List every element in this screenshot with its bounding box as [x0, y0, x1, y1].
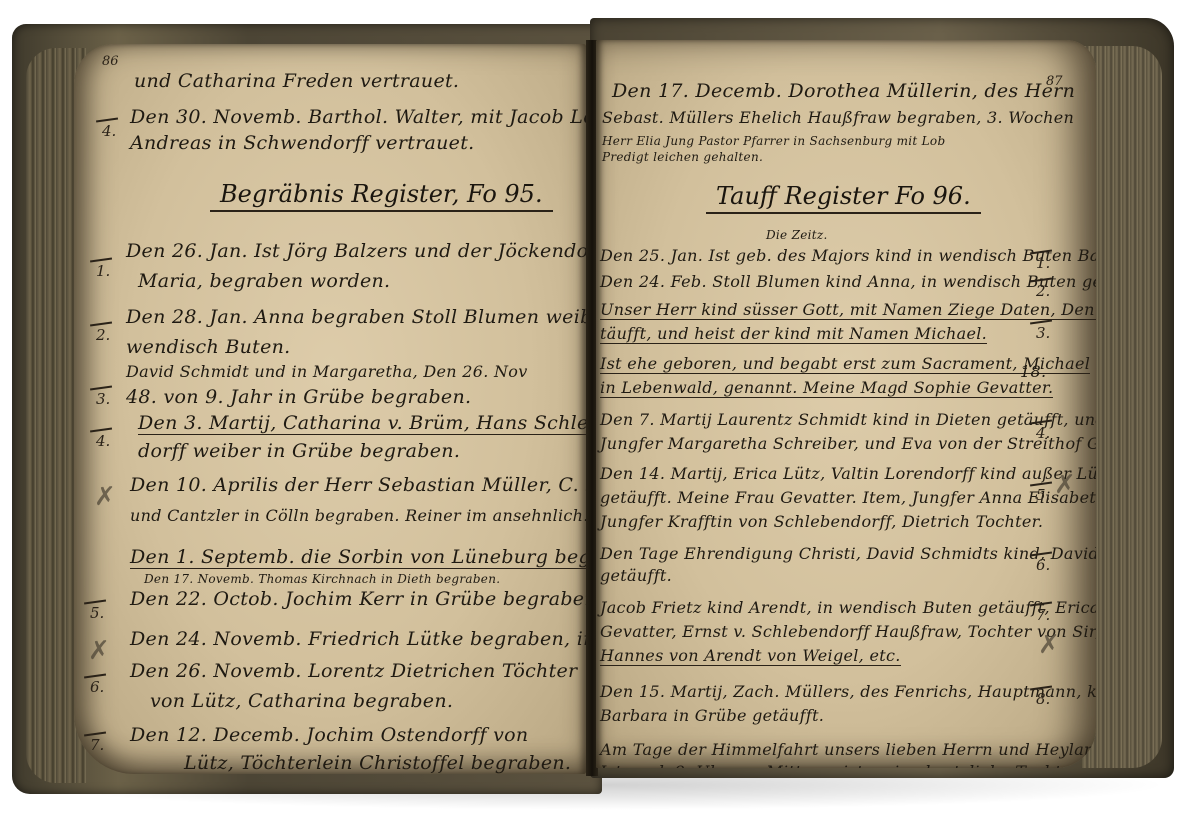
- text-line: Am Tage der Himmelfahrt unsers lieben He…: [600, 740, 1096, 759]
- cross-mark: ✗: [1054, 470, 1076, 500]
- margin-number: 8.: [1036, 690, 1050, 708]
- burial-register-heading: Begräbnis Register, Fo 95.: [210, 180, 553, 212]
- text-line: Unser Herr kind süsser Gott, mit Namen Z…: [600, 300, 1096, 320]
- text-line: Ist, umb 9. Uhr vor Mittage, ist meine h…: [600, 762, 1083, 768]
- text-line: Den 12. Decemb. Jochim Ostendorff von: [130, 724, 528, 746]
- cross-mark: ✗: [88, 636, 110, 666]
- text-line: Den 1. Septemb. die Sorbin von Lüneburg …: [130, 546, 586, 569]
- text-line: 48. von 9. Jahr in Grübe begraben.: [126, 386, 471, 408]
- text-line: Jacob Frietz kind Arendt, in wendisch Bu…: [600, 598, 1096, 617]
- margin-number: 3.: [1036, 324, 1050, 342]
- text-line: Den 14. Martij, Erica Lütz, Valtin Loren…: [600, 464, 1096, 483]
- text-line: Gevatter, Ernst v. Schlebendorff Haußfra…: [600, 622, 1096, 641]
- margin-number: 4.: [96, 432, 110, 450]
- text-line: Den Tage Ehrendigung Christi, David Schm…: [600, 544, 1096, 563]
- right-page: 87 Den 17. Decemb. Dorothea Müllerin, de…: [596, 40, 1096, 768]
- text-line: Den 15. Martij, Zach. Müllers, des Fenri…: [600, 682, 1096, 701]
- text-line: Jungfer Margaretha Schreiber, und Eva vo…: [600, 434, 1096, 453]
- left-page: 86 und Catharina Freden vertrauet. 4. De…: [74, 44, 586, 774]
- text-line: Andreas in Schwendorff vertrauet.: [130, 132, 475, 154]
- text-line: von Lütz, Catharina begraben.: [150, 690, 453, 712]
- text-line: Ist ehe geboren, und begabt erst zum Sac…: [600, 354, 1090, 374]
- margin-number: 7.: [90, 736, 104, 754]
- text-line: Den 3. Martij, Catharina v. Brüm, Hans S…: [138, 412, 586, 435]
- margin-number: 4.: [102, 122, 116, 140]
- heading-note: Die Zeitz.: [766, 228, 828, 242]
- margin-number: 5.: [1036, 486, 1050, 504]
- text-line: Jungfer Krafftin von Schlebendorff, Diet…: [600, 512, 1043, 531]
- margin-number: 6.: [1036, 556, 1050, 574]
- text-line: Lütz, Töchterlein Christoffel begraben.: [184, 752, 571, 774]
- text-line: Den 25. Jan. Ist geb. des Majors kind in…: [600, 246, 1096, 265]
- text-line: Den 17. Novemb. Thomas Kirchnach in Diet…: [144, 572, 500, 586]
- margin-number: 4.: [1036, 424, 1050, 442]
- text-line: täufft, und heist der kind mit Namen Mic…: [600, 324, 987, 344]
- text-line: Den 28. Jan. Anna begraben Stoll Blumen …: [126, 306, 586, 328]
- text-line: Den 22. Octob. Jochim Kerr in Grübe begr…: [130, 588, 586, 610]
- text-line: Hannes von Arendt von Weigel, etc.: [600, 646, 901, 666]
- folio-number-left: 86: [102, 54, 119, 69]
- margin-number: 6.: [90, 678, 104, 696]
- margin-number: 1.: [96, 262, 110, 280]
- margin-number: 2.: [1036, 282, 1050, 300]
- text-line: getäufft. Meine Frau Gevatter. Item, Jun…: [600, 488, 1096, 507]
- text-line: Den 24. Novemb. Friedrich Lütke begraben…: [130, 628, 586, 650]
- text-line: Den 30. Novemb. Barthol. Walter, mit Jac…: [130, 106, 586, 128]
- margin-number: 5.: [90, 604, 104, 622]
- text-line: Den 10. Aprilis der Herr Sebastian Mülle…: [130, 474, 586, 496]
- text-line: Den 26. Jan. Ist Jörg Balzers und der Jö…: [126, 240, 586, 262]
- baptism-register-heading: Tauff Register Fo 96.: [706, 182, 981, 214]
- margin-number: 2.: [96, 326, 110, 344]
- cross-mark: ✗: [1038, 630, 1060, 660]
- margin-number: 3.: [96, 390, 110, 408]
- text-line: Den 24. Feb. Stoll Blumen kind Anna, in …: [600, 272, 1096, 291]
- text-line: in Lebenwald, genannt. Meine Magd Sophie…: [600, 378, 1053, 398]
- text-line: wendisch Buten.: [126, 336, 291, 358]
- open-register-book: 86 und Catharina Freden vertrauet. 4. De…: [12, 18, 1174, 796]
- text-line: dorff weiber in Grübe begraben.: [138, 440, 460, 462]
- text-line: und Cantzler in Cölln begraben. Reiner i…: [130, 506, 586, 525]
- text-line: getäufft.: [600, 566, 672, 585]
- margin-number: 7.: [1036, 606, 1050, 624]
- text-line: Barbara in Grübe getäufft.: [600, 706, 824, 725]
- text-line: Herr Elia Jung Pastor Pfarrer in Sachsen…: [602, 134, 945, 148]
- text-line: Sebast. Müllers Ehelich Haußfraw begrabe…: [602, 108, 1074, 127]
- cross-mark: ✗: [94, 482, 116, 512]
- text-line: Den 26. Novemb. Lorentz Dietrichen Töcht…: [130, 660, 577, 682]
- text-line: Den 7. Martij Laurentz Schmidt kind in D…: [600, 410, 1096, 429]
- margin-number: 1.: [1036, 254, 1050, 272]
- text-line: Predigt leichen gehalten.: [602, 150, 763, 164]
- text-line: Maria, begraben worden.: [138, 270, 390, 292]
- text-line: David Schmidt und in Margaretha, Den 26.…: [126, 362, 528, 381]
- margin-number: 18.: [1020, 362, 1046, 381]
- text-line: und Catharina Freden vertrauet.: [134, 70, 459, 92]
- text-line: Den 17. Decemb. Dorothea Müllerin, des H…: [612, 80, 1075, 102]
